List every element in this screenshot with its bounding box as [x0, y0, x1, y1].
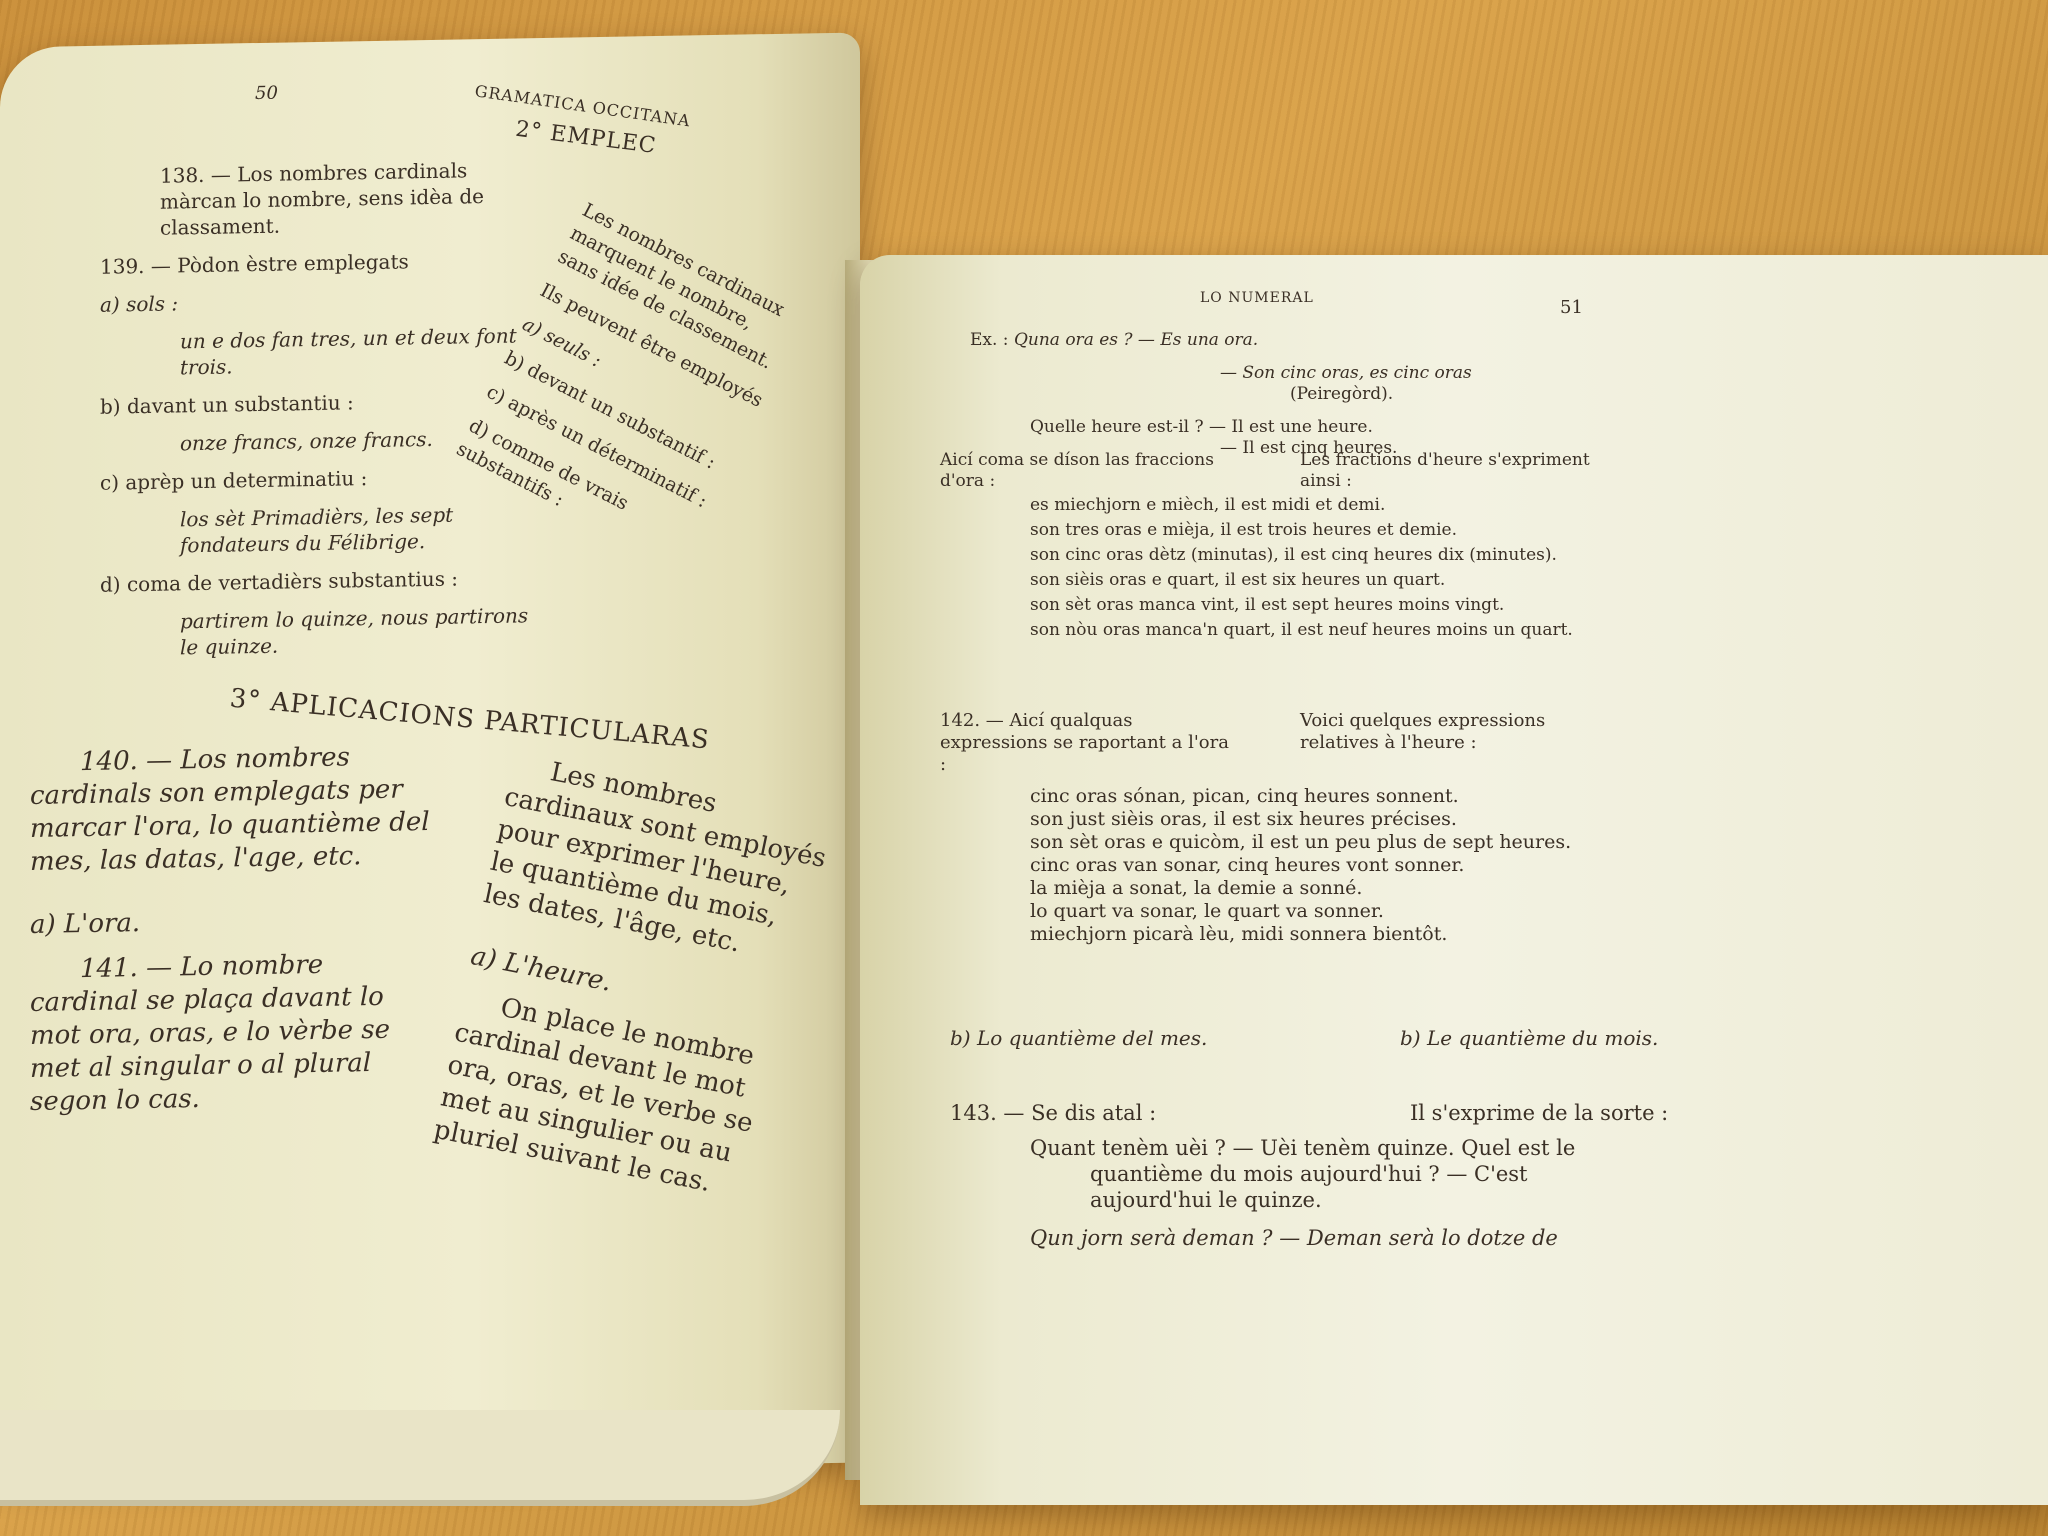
- item-c-example: los sèt Primadièrs, les sept fondateurs …: [100, 500, 540, 560]
- page-number: 50: [255, 83, 278, 104]
- paragraph-141: 141. — Lo nombre cardinal se plaça davan…: [30, 947, 430, 1119]
- paragraph-142-oc: 142. — Aicí qualquas expressions se rapo…: [940, 710, 1240, 776]
- paragraph-142-fr: Voici quelques expressions relatives à l…: [1300, 710, 1620, 754]
- item-d-label: d) coma de vertadièrs substantius :: [100, 564, 540, 598]
- item-a-example: un e dos fan tres, un et deux font trois…: [100, 322, 540, 382]
- expression-item: son just sièis oras, il est six heures p…: [1030, 808, 1650, 831]
- french-column-bottom: Les nombres cardinaux sont employés pour…: [428, 749, 837, 1221]
- paragraph-143-oc: 143. — Se dis atal :: [950, 1100, 1250, 1126]
- expressions-list: cinc oras sónan, pican, cinq heures sonn…: [1030, 785, 1650, 946]
- expression-item: cinc oras sónan, pican, cinq heures sonn…: [1030, 785, 1650, 808]
- question-oc: Quna ora es ? — Es una ora.: [1014, 330, 1258, 350]
- expression-item: miechjorn picarà lèu, midi sonnera bient…: [1030, 923, 1650, 946]
- fractions-list: es miechjorn e mièch, il est midi et dem…: [1030, 495, 1610, 645]
- subsection-a-ora: a) L'ora.: [30, 902, 430, 942]
- page-number: 51: [1560, 297, 1583, 318]
- right-page: LO NUMERAL 51 Ex. : Quna ora es ? — Es u…: [860, 255, 2048, 1505]
- expression-item: lo quart va sonar, le quart va sonner.: [1030, 900, 1650, 923]
- expression-item: son sèt oras e quicòm, il est un peu plu…: [1030, 831, 1650, 854]
- p143-examples: Quant tenèm uèi ? — Uèi tenèm quinze. Qu…: [1030, 1135, 1600, 1263]
- paragraph-139: 139. — Pòdon èstre emplegats: [100, 246, 540, 280]
- subsection-b-oc: b) Lo quantième del mes.: [950, 1025, 1250, 1051]
- fraction-item: son sièis oras e quart, il est six heure…: [1030, 570, 1610, 591]
- subsection-b-fr: b) Le quantième du mois.: [1400, 1025, 1720, 1051]
- paragraph-143-fr: Il s'exprime de la sorte :: [1410, 1100, 1790, 1126]
- item-d-example: partirem lo quinze, nous partirons le qu…: [100, 602, 540, 662]
- fraction-item: son sèt oras manca vint, il est sept heu…: [1030, 595, 1610, 616]
- p143-example-1: Quant tenèm uèi ? — Uèi tenèm quinze. Qu…: [1030, 1135, 1600, 1213]
- fraction-item: son cinc oras dètz (minutas), il est cin…: [1030, 545, 1610, 566]
- running-head: GRAMATICA OCCITANA: [474, 81, 692, 130]
- expression-item: cinc oras van sonar, cinq heures vont so…: [1030, 854, 1650, 877]
- fraction-item: es miechjorn e mièch, il est midi et dem…: [1030, 495, 1610, 516]
- p143-example-2: Qun jorn serà deman ? — Deman serà lo do…: [1030, 1225, 1600, 1251]
- item-a-label: a) sols :: [100, 284, 540, 318]
- fraction-item: son tres oras e mièja, il est trois heur…: [1030, 520, 1610, 541]
- fraction-item: son nòu oras manca'n quart, il est neuf …: [1030, 620, 1610, 641]
- example-label: Ex. :: [970, 330, 1009, 350]
- paragraph-138: 138. — Los nombres cardinals màrcan lo n…: [100, 156, 540, 242]
- fractions-intro-oc: Aicí coma se díson las fraccions d'ora :: [940, 450, 1240, 492]
- expression-item: la mièja a sonat, la demie a sonné.: [1030, 877, 1650, 900]
- answer-oc: — Son cinc oras, es cinc oras: [970, 363, 1570, 384]
- running-head: LO NUMERAL: [1200, 290, 1314, 306]
- curled-page-edge: [0, 1410, 840, 1506]
- paragraph-140: 140. — Los nombres cardinals son emplega…: [30, 740, 430, 879]
- occitan-column-bottom: 140. — Los nombres cardinals son emplega…: [30, 740, 430, 1131]
- paragraph-140-fr: Les nombres cardinaux sont employés pour…: [481, 749, 838, 974]
- left-page: 50 GRAMATICA OCCITANA 2° EMPLEC 138. — L…: [0, 32, 860, 1477]
- answer-oc-region: (Peiregòrd).: [970, 384, 1570, 405]
- fractions-intro-fr: Les fractions d'heure s'expriment ainsi …: [1300, 450, 1600, 492]
- question-fr: Quelle heure est-il ? — Il est une heure…: [970, 417, 1570, 438]
